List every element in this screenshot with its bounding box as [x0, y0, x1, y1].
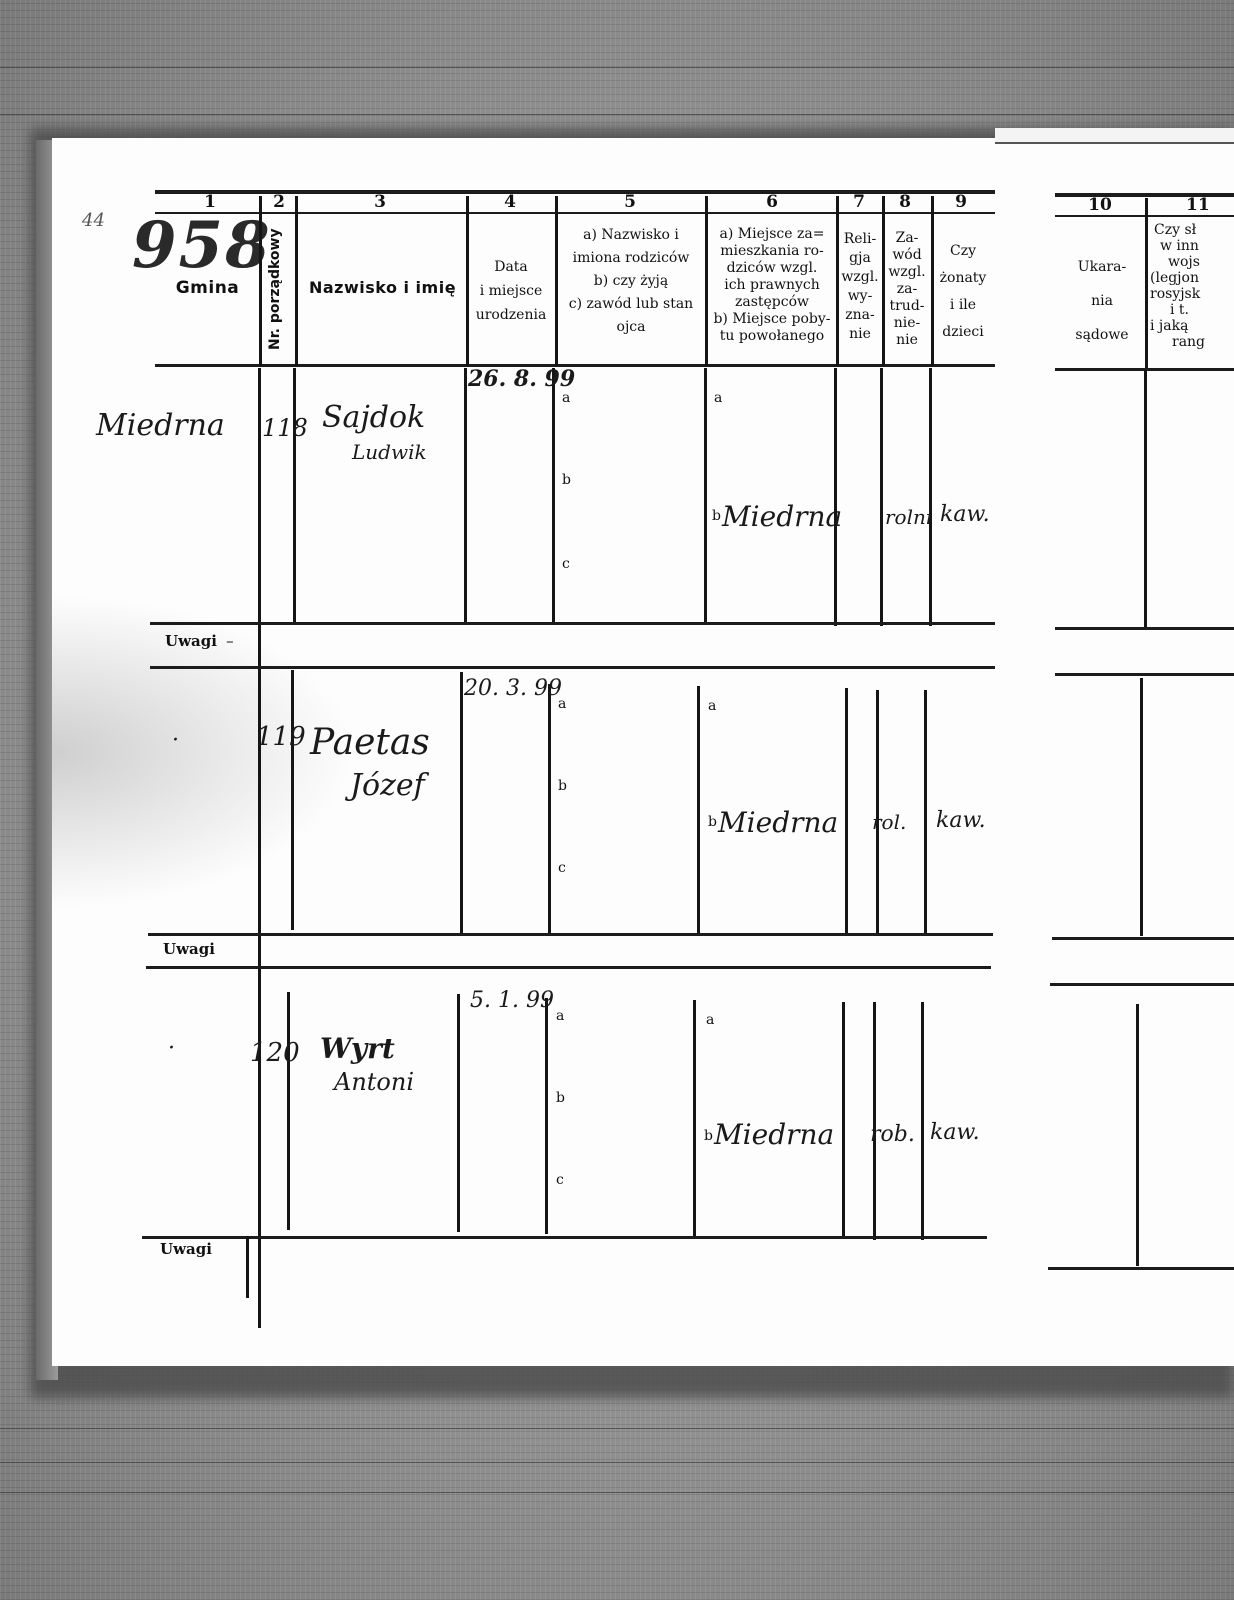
margin-note: 44 [82, 210, 105, 231]
column-divider [548, 684, 551, 934]
entry-occupation: rob. [870, 1122, 915, 1147]
entry-given-name: Józef [350, 768, 425, 803]
header-military-service: Czy sł w inn wojs (legjon rosyjsk i t. i… [1148, 222, 1234, 350]
sub-label-b: b [556, 1090, 565, 1106]
entry-marital: kaw. [936, 808, 986, 833]
scan-artifact-line [0, 1492, 1234, 1493]
column-number: 4 [490, 192, 530, 212]
column-number: 7 [844, 192, 874, 212]
column-divider [842, 1002, 845, 1238]
main-divider [258, 368, 261, 1328]
row-bottom-rule [142, 1236, 987, 1239]
header-convictions: Ukara- nia sądowe [1060, 250, 1144, 352]
sub-label-a: a [558, 696, 566, 712]
entry-residence: Miedrna [718, 806, 838, 839]
row-bottom-rule-right [1048, 1267, 1234, 1270]
column-divider [545, 998, 548, 1234]
column-divider [1136, 1004, 1139, 1266]
sub-label-a: a [706, 1012, 714, 1028]
entry-marital: kaw. [930, 1120, 980, 1145]
header-religion: Reli- gja wzgl. wy- zna- nie [837, 230, 883, 344]
sub-label-c: c [556, 1172, 564, 1188]
scan-artifact-line [0, 1462, 1234, 1463]
column-number: 6 [752, 192, 792, 212]
entry-given-name: Antoni [334, 1068, 414, 1096]
entry-nr: 120 [250, 1038, 300, 1068]
sub-label-c: c [562, 556, 570, 572]
row-bottom-rule-right [1052, 937, 1234, 940]
column-divider [697, 686, 700, 934]
page-number-handwritten: 958 [132, 208, 272, 283]
entry-residence: Miedrna [722, 500, 842, 533]
column-number: 10 [1080, 195, 1120, 215]
sub-label-c: c [558, 860, 566, 876]
column-number: 3 [360, 192, 400, 212]
column-divider [921, 1002, 924, 1240]
remarks-bottom-rule [150, 666, 995, 669]
column-divider [457, 994, 460, 1232]
column-divider [293, 368, 296, 623]
entry-surname: Wyrt [320, 1032, 395, 1065]
remarks-label: Uwagi – [165, 632, 234, 650]
remarks-bottom-rule [146, 966, 991, 969]
sub-label-a: a [562, 390, 570, 406]
scan-artifact-line [0, 67, 1234, 68]
column-number: 2 [264, 192, 294, 212]
entry-gmina-ditto: · [168, 1036, 175, 1061]
sub-label-a: a [714, 390, 722, 406]
remarks-bottom-rule-right [1050, 983, 1234, 986]
entry-occupation: rolni [885, 505, 932, 529]
entry-birth-date: 20. 3. 99 [464, 676, 562, 701]
column-divider [460, 672, 463, 934]
column-number-rule [155, 212, 995, 214]
column-number: 11 [1186, 195, 1234, 215]
column-divider [552, 368, 555, 623]
header-married: Czy żonaty i ile dzieci [933, 238, 993, 346]
header-birth-date: Data i miejsce urodzenia [470, 255, 552, 327]
column-divider [466, 196, 469, 366]
entry-occupation: rol. [872, 810, 906, 834]
entry-birth-date: 5. 1. 99 [470, 988, 554, 1013]
row-bottom-rule [148, 933, 993, 936]
row-bottom-rule-right [1055, 627, 1234, 630]
entry-residence: Miedrna [714, 1118, 834, 1151]
sub-label-b: b [708, 814, 717, 830]
row-bottom-rule [150, 622, 995, 625]
scan-artifact-line [0, 1428, 1234, 1429]
column-divider [295, 196, 298, 366]
column-divider [291, 670, 294, 930]
remarks-label: Uwagi [160, 1240, 212, 1258]
column-divider [924, 690, 927, 936]
sub-label-a: a [556, 1008, 564, 1024]
sub-label-b: b [704, 1128, 713, 1144]
column-number: 8 [890, 192, 920, 212]
entry-nr: 118 [262, 414, 308, 442]
header-nr-porzadkowy: Nr. porządkowy [267, 222, 283, 357]
column-divider [834, 368, 837, 626]
sub-label-b: b [562, 472, 571, 488]
remarks-label: Uwagi [163, 940, 215, 958]
entry-surname: Sajdok [322, 400, 425, 435]
column-divider [1144, 370, 1147, 628]
scan-artifact-line [0, 114, 1234, 115]
entry-surname: Paetas [310, 722, 430, 763]
column-number: 1 [190, 192, 230, 212]
facing-page-edge [995, 128, 1234, 144]
sub-label-b: b [558, 778, 567, 794]
sub-label-b: b [712, 508, 721, 524]
column-divider [259, 196, 262, 366]
header-gmina: Gmina [160, 278, 255, 298]
column-number: 5 [610, 192, 650, 212]
column-divider [929, 368, 932, 626]
column-divider [845, 688, 848, 936]
header-residence: a) Miejsce za= mieszkania ro- dziców wzg… [707, 226, 837, 345]
sub-label-a: a [708, 698, 716, 714]
remarks-bottom-rule-right [1055, 673, 1234, 676]
column-divider [704, 368, 707, 623]
header-nazwisko-imie: Nazwisko i imię [300, 278, 465, 297]
main-divider-tail [246, 1236, 249, 1298]
column-divider [880, 368, 883, 626]
column-number: 9 [946, 192, 976, 212]
entry-nr: 119 [256, 722, 306, 752]
header-parents: a) Nazwisko i imiona rodziców b) czy żyj… [556, 224, 706, 339]
entry-gmina: Miedrna [96, 408, 225, 443]
column-divider [464, 368, 467, 623]
entry-birth-date: 26. 8. 99 [468, 366, 575, 392]
header-occupation: Za- wód wzgl. za- trud- nie- nie [883, 230, 931, 349]
column-divider [873, 1002, 876, 1240]
entry-given-name: Ludwik [352, 440, 427, 464]
entry-marital: kaw. [940, 502, 990, 527]
column-divider [287, 992, 290, 1230]
column-divider [693, 1000, 696, 1236]
entry-gmina-ditto: · [172, 728, 179, 753]
column-divider [1140, 678, 1143, 936]
